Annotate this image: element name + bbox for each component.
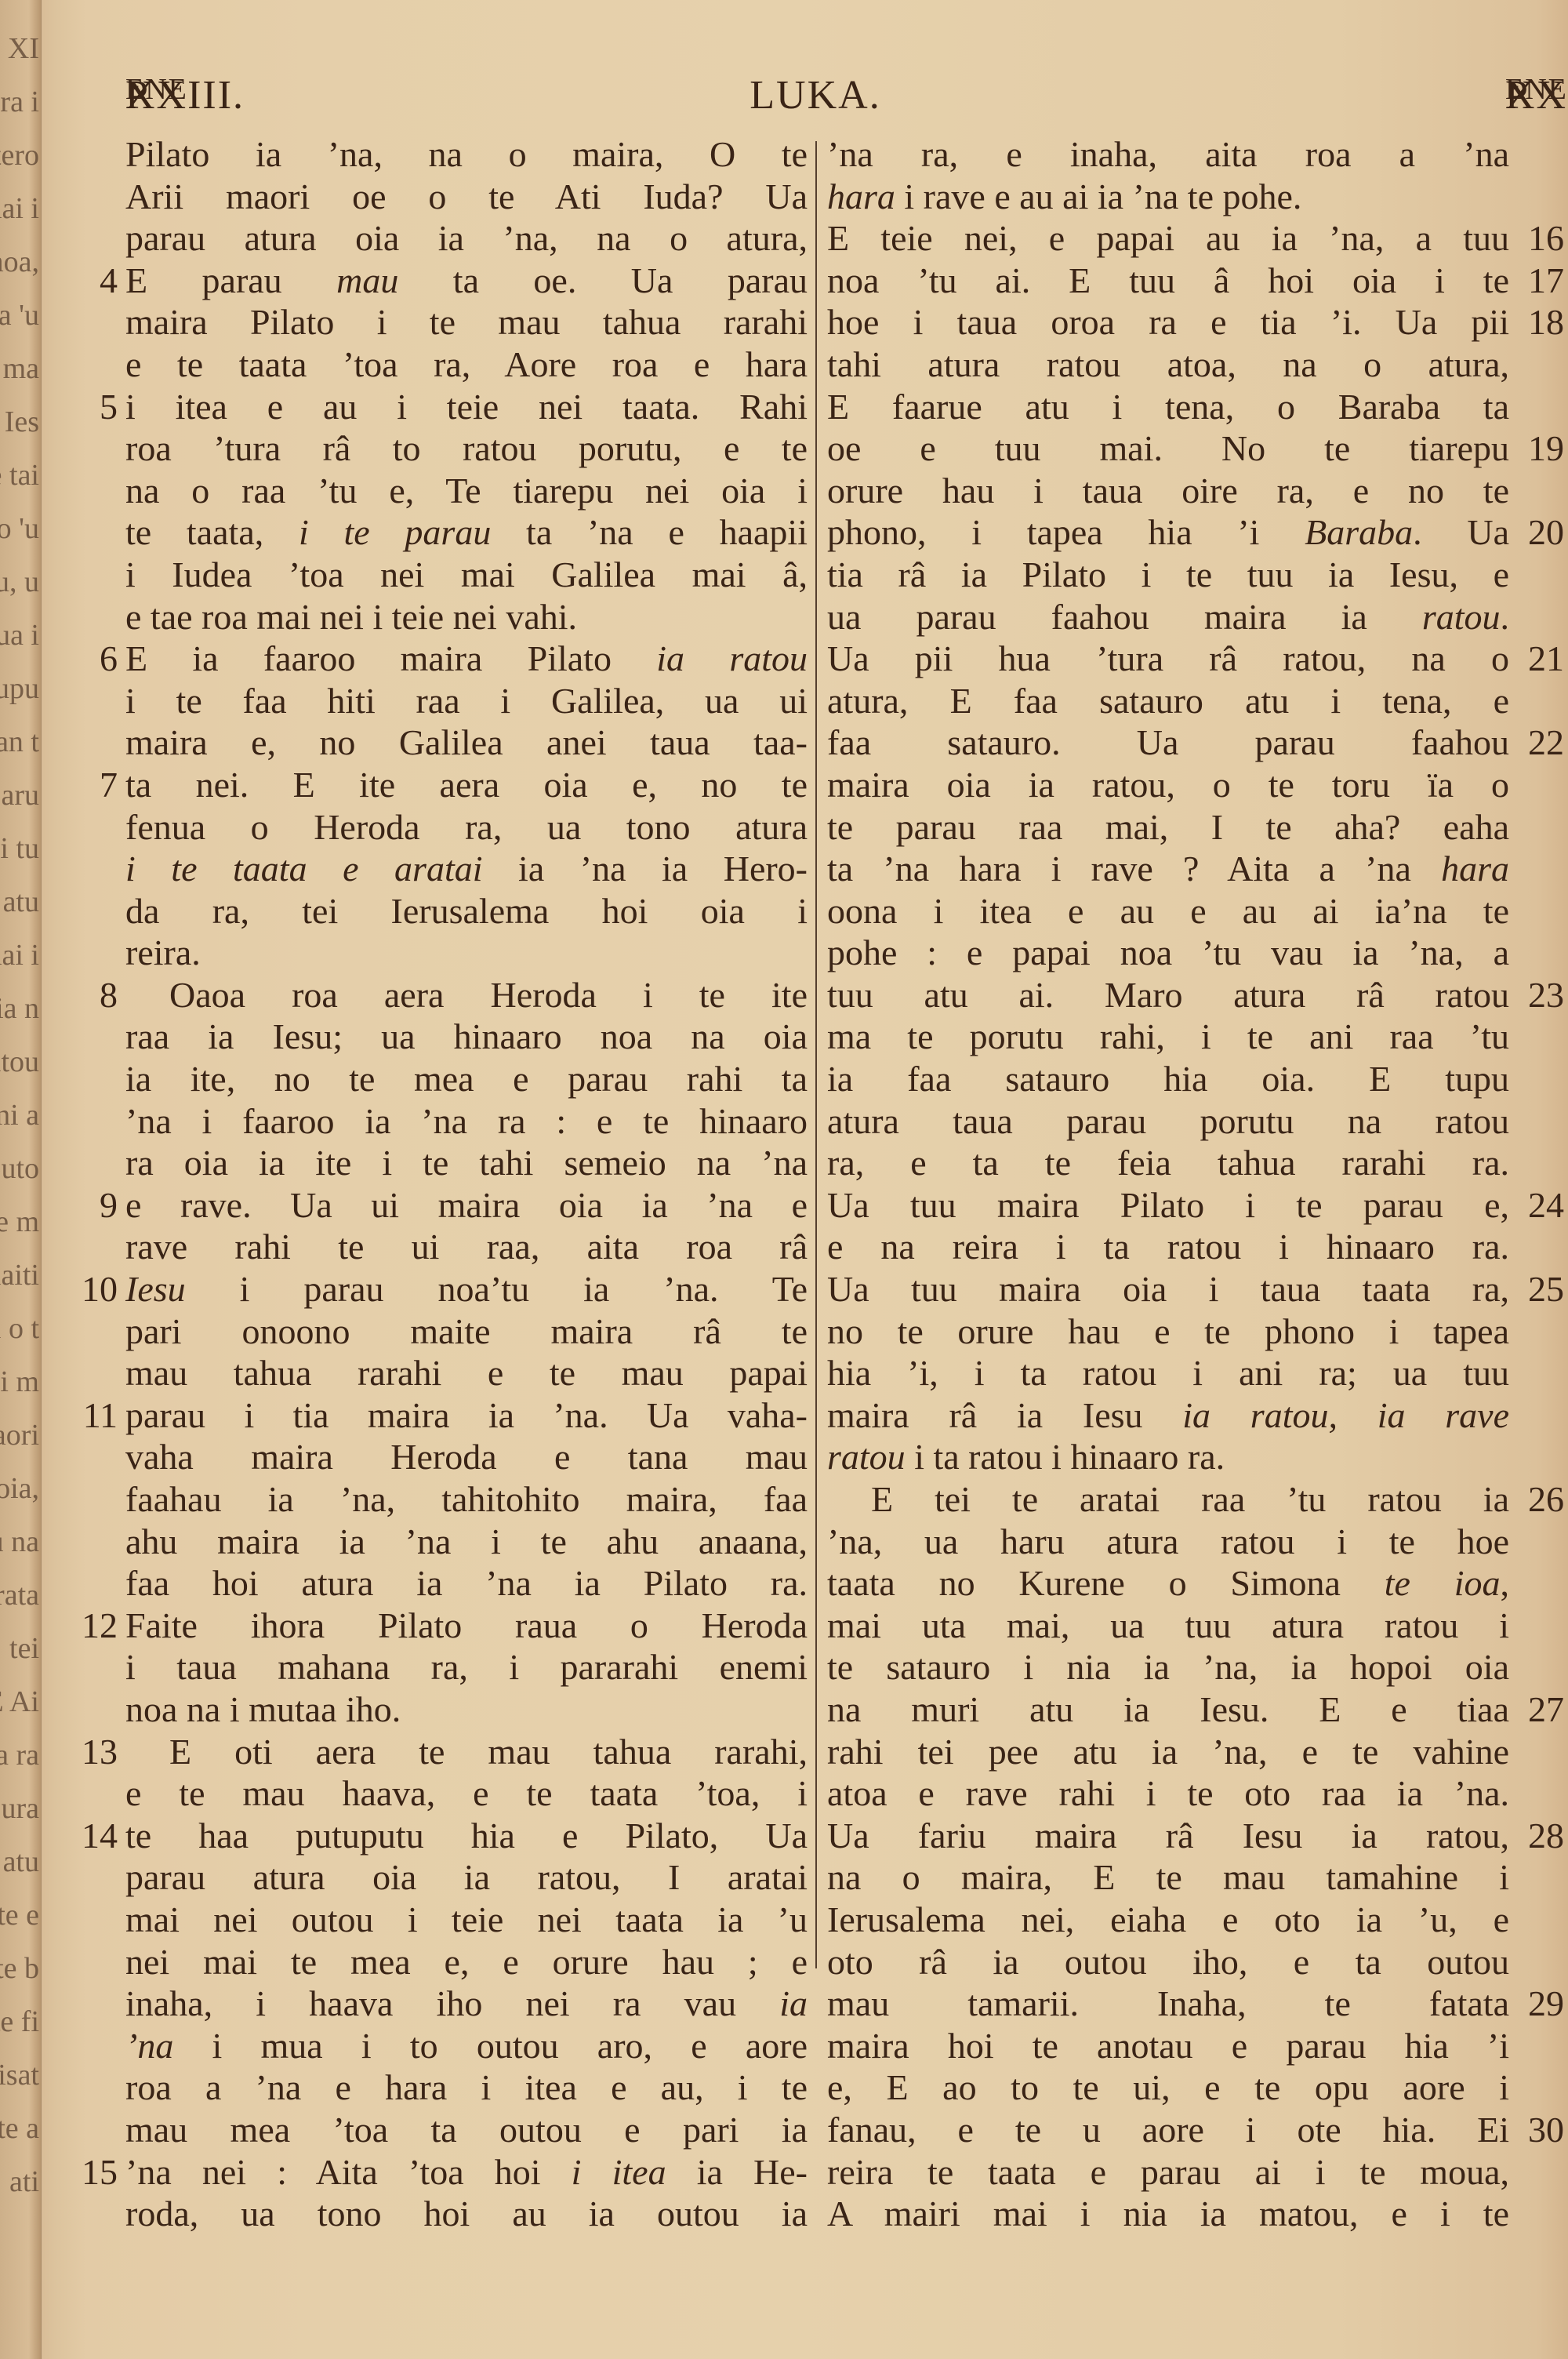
previous-page-text-fragment: tei bbox=[9, 1631, 39, 1666]
previous-page-text-fragment: u o t bbox=[0, 1311, 39, 1346]
previous-page-text-fragment: ia 'u bbox=[0, 298, 39, 333]
line-text: na muri atu ia Iesu. E e tiaa bbox=[827, 1688, 1509, 1731]
text-line: mau tahua rarahi e te mau papai bbox=[125, 1352, 808, 1394]
verse-number: 21 bbox=[1517, 638, 1564, 680]
verse-number: 24 bbox=[1517, 1184, 1564, 1227]
previous-page-text-fragment: ite e bbox=[0, 1898, 39, 1932]
text-line: ’na, ua haru atura ratou i te hoe bbox=[827, 1521, 1509, 1563]
line-text: reira te taata e parau ai i te moua, bbox=[827, 2151, 1509, 2194]
verse-number: 15 bbox=[71, 2151, 118, 2194]
previous-page-text-fragment: tupu bbox=[0, 671, 39, 706]
previous-page-text-fragment: te b bbox=[0, 1951, 39, 1986]
text-line: phono, i tapea hia ’i Baraba. Ua20 bbox=[827, 511, 1509, 554]
line-text: e, E ao to te ui, e te opu aore i bbox=[827, 2066, 1509, 2109]
text-line: mau mea ’toa ta outou e pari ia bbox=[125, 2109, 808, 2151]
line-text: raa ia Iesu; ua hinaaro noa na oia bbox=[125, 1016, 808, 1058]
text-line: tia râ ia Pilato i te tuu ia Iesu, e bbox=[827, 554, 1509, 596]
previous-page-text-fragment: i e m bbox=[0, 1205, 39, 1239]
text-line: faahau ia ’na, tahitohito maira, faa bbox=[125, 1478, 808, 1521]
line-text: Ua tuu maira Pilato i te parau e, bbox=[827, 1184, 1509, 1227]
text-line: roda, ua tono hoi au ia outou ia bbox=[125, 2193, 808, 2235]
text-line: pohe : e papai noa ’tu vau ia ’na, a bbox=[827, 932, 1509, 974]
text-line: Ierusalema nei, eiaha e oto ia ’u, e bbox=[827, 1899, 1509, 1941]
text-line: ’na i mua i to outou aro, e aore bbox=[125, 2025, 808, 2067]
text-line: tahi atura ratou atoa, na o atura, bbox=[827, 343, 1509, 386]
text-line: ’na nei : Aita ’toa hoi i itea ia He-15 bbox=[125, 2151, 808, 2194]
previous-page-text-fragment: ou, u bbox=[0, 565, 39, 599]
text-line: E tei te aratai raa ’tu ratou ia26 bbox=[827, 1478, 1509, 1521]
line-text: parau i tia maira ia ’na. Ua vaha- bbox=[125, 1394, 808, 1437]
line-text: e te mau haava, e te taata ’toa, i bbox=[125, 1772, 808, 1815]
column-divider bbox=[815, 141, 817, 1968]
text-line: maira râ ia Iesu ia ratou, ia rave bbox=[827, 1394, 1509, 1437]
text-line: pari onoono maite maira râ te bbox=[125, 1310, 808, 1353]
right-column: ’na ra, e inaha, aita roa a ’nahara i ra… bbox=[827, 133, 1509, 2235]
line-text: roda, ua tono hoi au ia outou ia bbox=[125, 2193, 808, 2235]
verse-number: 18 bbox=[1517, 301, 1564, 343]
text-line: Ua tuu maira oia i taua taata ra,25 bbox=[827, 1268, 1509, 1310]
text-line: te taata, i te parau ta ’na e haapii bbox=[125, 511, 808, 554]
line-text: ’na ra, e inaha, aita roa a ’na bbox=[827, 133, 1509, 176]
text-line: inaha, i haava iho nei ra vau ia bbox=[125, 1983, 808, 2025]
text-line: fanau, e te u aore i ote hia. Ei30 bbox=[827, 2109, 1509, 2151]
line-text: parau atura oia ia ratou, I aratai bbox=[125, 1856, 808, 1899]
previous-page-text-fragment: atu bbox=[3, 1845, 39, 1879]
previous-page-text-fragment: moa, bbox=[0, 245, 39, 279]
line-text: mai uta mai, ua tuu atura ratou i bbox=[827, 1605, 1509, 1647]
text-line: faa satauro. Ua parau faahou22 bbox=[827, 722, 1509, 764]
previous-page-text-fragment: paru bbox=[0, 778, 39, 812]
line-text: Ua fariu maira râ Iesu ia ratou, bbox=[827, 1815, 1509, 1857]
line-text: te taata, i te parau ta ’na e haapii bbox=[125, 511, 808, 554]
line-text: roa ’tura râ to ratou porutu, e te bbox=[125, 427, 808, 470]
text-line: da ra, tei Ierusalema hoi oia i bbox=[125, 890, 808, 932]
previous-page-text-fragment: I. XI bbox=[0, 31, 39, 66]
text-line: parau atura oia ia ratou, I aratai bbox=[125, 1856, 808, 1899]
text-line: nei mai te mea e, e orure hau ; e bbox=[125, 1941, 808, 1983]
verse-number: 11 bbox=[71, 1394, 118, 1437]
previous-page-text-fragment: utou bbox=[0, 1045, 39, 1079]
line-text: parau atura oia ia ’na, na o atura, bbox=[125, 217, 808, 260]
line-text: ’na i mua i to outou aro, e aore bbox=[125, 2025, 808, 2067]
previous-page-text-fragment: te fi bbox=[0, 2005, 39, 2039]
text-line: mai nei outou i teie nei taata ia ’u bbox=[125, 1899, 808, 1941]
verse-number: 14 bbox=[71, 1815, 118, 1857]
line-text: ratou i ta ratou i hinaaro ra. bbox=[827, 1436, 1509, 1478]
line-text: Ua tuu maira oia i taua taata ra, bbox=[827, 1268, 1509, 1310]
line-text: i te taata e aratai ia ’na ia Hero- bbox=[125, 848, 808, 890]
text-line: Arii maori oe o te Ati Iuda? Ua bbox=[125, 176, 808, 218]
text-line: te parau raa mai, I te aha? eaha bbox=[827, 806, 1509, 849]
verse-number: 17 bbox=[1517, 260, 1564, 302]
line-text: taata no Kurene o Simona te ioa, bbox=[827, 1562, 1509, 1605]
text-line: E oti aera te mau tahua rarahi,13 bbox=[125, 1731, 808, 1773]
line-text: E parau mau ta oe. Ua parau bbox=[125, 260, 808, 302]
line-text: fenua o Heroda ra, ua tono atura bbox=[125, 806, 808, 849]
text-line: ra oia ia ite i te tahi semeio na ’na bbox=[125, 1142, 808, 1184]
text-line: te haa putuputu hia e Pilato, Ua14 bbox=[125, 1815, 808, 1857]
text-line: hoe i taua oroa ra e tia ’i. Ua pii18 bbox=[827, 301, 1509, 343]
text-line: ta nei. E ite aera oia e, no te7 bbox=[125, 764, 808, 806]
verse-number: 27 bbox=[1517, 1688, 1564, 1731]
line-text: E ia faaroo maira Pilato ia ratou bbox=[125, 638, 808, 680]
text-line: i Iudea ’toa nei mai Galilea mai â, bbox=[125, 554, 808, 596]
previous-page-text-fragment: oia, bbox=[0, 1471, 39, 1506]
previous-page-text-fragment: u na bbox=[0, 1525, 39, 1559]
text-line: reira. bbox=[125, 932, 808, 974]
text-line: ta ’na hara i rave ? Aita a ’na hara bbox=[827, 848, 1509, 890]
verse-number: 28 bbox=[1517, 1815, 1564, 1857]
text-line: ratou i ta ratou i hinaaro ra. bbox=[827, 1436, 1509, 1478]
line-text: E tei te aratai raa ’tu ratou ia bbox=[827, 1478, 1509, 1521]
text-line: ahu maira ia ’na i te ahu anaana, bbox=[125, 1521, 808, 1563]
text-line: e, E ao to te ui, e te opu aore i bbox=[827, 2066, 1509, 2109]
text-line: e na reira i ta ratou i hinaaro ra. bbox=[827, 1226, 1509, 1268]
line-text: hara i rave e au ai ia ’na te pohe. bbox=[827, 176, 1509, 218]
line-text: ra, e ta te feia tahua rarahi ra. bbox=[827, 1142, 1509, 1184]
text-line: Oaoa roa aera Heroda i te ite8 bbox=[125, 974, 808, 1016]
line-text: e na reira i ta ratou i hinaaro ra. bbox=[827, 1226, 1509, 1268]
text-line: maira e, no Galilea anei taua taa- bbox=[125, 722, 808, 764]
line-text: te haa putuputu hia e Pilato, Ua bbox=[125, 1815, 808, 1857]
line-text: maira oia ia ratou, o te toru ïa o bbox=[827, 764, 1509, 806]
text-line: noa na i mutaa iho. bbox=[125, 1688, 808, 1731]
text-line: E parau mau ta oe. Ua parau4 bbox=[125, 260, 808, 302]
text-line: parau i tia maira ia ’na. Ua vaha-11 bbox=[125, 1394, 808, 1437]
text-line: te satauro i nia ia ’na, ia hopoi oia bbox=[827, 1646, 1509, 1688]
text-line: na o raa ’tu e, Te tiarepu nei oia i bbox=[125, 470, 808, 512]
line-text: tahi atura ratou atoa, na o atura, bbox=[827, 343, 1509, 386]
verse-number: 29 bbox=[1517, 1983, 1564, 2025]
line-text: inaha, i haava iho nei ra vau ia bbox=[125, 1983, 808, 2025]
text-line: Pilato ia ’na, na o maira, O te bbox=[125, 133, 808, 176]
previous-page-edge: I. XIaira ieteromai imoa,ia 'ue, maia Ie… bbox=[0, 0, 42, 2359]
line-text: atura taua parau porutu na ratou bbox=[827, 1100, 1509, 1143]
line-text: maira râ ia Iesu ia ratou, ia rave bbox=[827, 1394, 1509, 1437]
text-line: e te taata ’toa ra, Aore roa e hara bbox=[125, 343, 808, 386]
line-text: tuu atu ai. Maro atura râ ratou bbox=[827, 974, 1509, 1016]
line-text: orure hau i taua oire ra, e no te bbox=[827, 470, 1509, 512]
verse-number: 19 bbox=[1517, 427, 1564, 470]
text-line: ra, e ta te feia tahua rarahi ra. bbox=[827, 1142, 1509, 1184]
previous-page-text-fragment: E Ai bbox=[0, 1685, 39, 1719]
text-line: ma te porutu rahi, i te ani raa ’tu bbox=[827, 1016, 1509, 1058]
text-line: roa ’tura râ to ratou porutu, e te bbox=[125, 427, 808, 470]
verse-number: 10 bbox=[71, 1268, 118, 1310]
line-text: i taua mahana ra, i pararahi enemi bbox=[125, 1646, 808, 1688]
running-head: PENE XXIII. LUKA. PENE XXIII. bbox=[125, 72, 1505, 127]
verse-number: 8 bbox=[71, 974, 118, 1016]
verse-number: 13 bbox=[71, 1731, 118, 1773]
previous-page-text-fragment: ia ra bbox=[0, 1738, 39, 1772]
line-text: e tae roa mai nei i teie nei vahi. bbox=[125, 596, 808, 638]
line-text: roa a ’na e hara i itea e au, i te bbox=[125, 2066, 808, 2109]
text-line: hia ’i, i ta ratou i ani ra; ua tuu bbox=[827, 1352, 1509, 1394]
line-text: pohe : e papai noa ’tu vau ia ’na, a bbox=[827, 932, 1509, 974]
text-line: hara i rave e au ai ia ’na te pohe. bbox=[827, 176, 1509, 218]
verse-number: 9 bbox=[71, 1184, 118, 1227]
previous-page-text-fragment: ua i bbox=[0, 618, 39, 652]
text-line: Iesu i parau noa’tu ia ’na. Te10 bbox=[125, 1268, 808, 1310]
text-line: faa hoi atura ia ’na ia Pilato ra. bbox=[125, 1562, 808, 1605]
previous-page-text-fragment: ura bbox=[1, 1791, 39, 1826]
text-line: Faite ihora Pilato raua o Heroda12 bbox=[125, 1605, 808, 1647]
line-text: ra oia ia ite i te tahi semeio na ’na bbox=[125, 1142, 808, 1184]
line-text: atura, E faa satauro atu i tena, e bbox=[827, 680, 1509, 722]
text-line: mai uta mai, ua tuu atura ratou i bbox=[827, 1605, 1509, 1647]
text-line: atoa e rave rahi i te oto raa ia ’na. bbox=[827, 1772, 1509, 1815]
line-text: maira e, no Galilea anei taua taa- bbox=[125, 722, 808, 764]
line-text: ta nei. E ite aera oia e, no te bbox=[125, 764, 808, 806]
line-text: vaha maira Heroda e tana mau bbox=[125, 1436, 808, 1478]
text-line: mau tamarii. Inaha, te fatata29 bbox=[827, 1983, 1509, 2025]
text-line: Ua fariu maira râ Iesu ia ratou,28 bbox=[827, 1815, 1509, 1857]
text-line: oto râ ia outou iho, e ta outou bbox=[827, 1941, 1509, 1983]
line-text: Ua pii hua ’tura râ ratou, na o bbox=[827, 638, 1509, 680]
text-line: taata no Kurene o Simona te ioa, bbox=[827, 1562, 1509, 1605]
previous-page-text-fragment: e tai bbox=[0, 458, 39, 493]
line-text: rahi tei pee atu ia ’na, e te vahine bbox=[827, 1731, 1509, 1773]
previous-page-text-fragment: hi m bbox=[0, 1365, 39, 1399]
text-line: vaha maira Heroda e tana mau bbox=[125, 1436, 808, 1478]
line-text: oe e tuu mai. No te tiarepu bbox=[827, 427, 1509, 470]
previous-page-text-fragment: an t bbox=[0, 725, 39, 759]
previous-page-text-fragment: isat bbox=[0, 2058, 39, 2092]
line-text: no te orure hau e te phono i tapea bbox=[827, 1310, 1509, 1353]
line-text: e te taata ’toa ra, Aore roa e hara bbox=[125, 343, 808, 386]
text-line: e rave. Ua ui maira oia ia ’na e9 bbox=[125, 1184, 808, 1227]
line-text: mau tahua rarahi e te mau papai bbox=[125, 1352, 808, 1394]
line-text: E faarue atu i tena, o Baraba ta bbox=[827, 386, 1509, 428]
text-line: atura taua parau porutu na ratou bbox=[827, 1100, 1509, 1143]
line-text: maira Pilato i te mau tahua rarahi bbox=[125, 301, 808, 343]
line-text: Pilato ia ’na, na o maira, O te bbox=[125, 133, 808, 176]
line-text: maira hoi te anotau e parau hia ’i bbox=[827, 2025, 1509, 2067]
line-text: ia faa satauro hia oia. E tupu bbox=[827, 1058, 1509, 1100]
line-text: atoa e rave rahi i te oto raa ia ’na. bbox=[827, 1772, 1509, 1815]
line-text: da ra, tei Ierusalema hoi oia i bbox=[125, 890, 808, 932]
text-line: i itea e au i teie nei taata. Rahi5 bbox=[125, 386, 808, 428]
text-line: E faarue atu i tena, o Baraba ta bbox=[827, 386, 1509, 428]
line-text: mau mea ’toa ta outou e pari ia bbox=[125, 2109, 808, 2151]
verse-number: 25 bbox=[1517, 1268, 1564, 1310]
line-text: faahau ia ’na, tahitohito maira, faa bbox=[125, 1478, 808, 1521]
line-text: tia râ ia Pilato i te tuu ia Iesu, e bbox=[827, 554, 1509, 596]
verse-number: 7 bbox=[71, 764, 118, 806]
verse-number: 6 bbox=[71, 638, 118, 680]
text-line: raa ia Iesu; ua hinaaro noa na oia bbox=[125, 1016, 808, 1058]
previous-page-text-fragment: aori bbox=[0, 1418, 39, 1452]
line-text: Ierusalema nei, eiaha e oto ia ’u, e bbox=[827, 1899, 1509, 1941]
text-line: tuu atu ai. Maro atura râ ratou23 bbox=[827, 974, 1509, 1016]
text-line: ’na ra, e inaha, aita roa a ’na bbox=[827, 133, 1509, 176]
line-text: noa ’tu ai. E tuu â hoi oia i te bbox=[827, 260, 1509, 302]
text-line: maira Pilato i te mau tahua rarahi bbox=[125, 301, 808, 343]
text-line: i te faa hiti raa i Galilea, ua ui bbox=[125, 680, 808, 722]
line-text: hoe i taua oroa ra e tia ’i. Ua pii bbox=[827, 301, 1509, 343]
line-text: ’na, ua haru atura ratou i te hoe bbox=[827, 1521, 1509, 1563]
line-text: i te faa hiti raa i Galilea, ua ui bbox=[125, 680, 808, 722]
line-text: Arii maori oe o te Ati Iuda? Ua bbox=[125, 176, 808, 218]
line-text: mau tamarii. Inaha, te fatata bbox=[827, 1983, 1509, 2025]
text-line: atura, E faa satauro atu i tena, e bbox=[827, 680, 1509, 722]
line-text: noa na i mutaa iho. bbox=[125, 1688, 808, 1731]
line-text: E oti aera te mau tahua rarahi, bbox=[125, 1731, 808, 1773]
line-text: oto râ ia outou iho, e ta outou bbox=[827, 1941, 1509, 1983]
line-text: oona i itea e au e au ai ia’na te bbox=[827, 890, 1509, 932]
line-text: ’na nei : Aita ’toa hoi i itea ia He- bbox=[125, 2151, 808, 2194]
text-line: orure hau i taua oire ra, e no te bbox=[827, 470, 1509, 512]
previous-page-text-fragment: outo bbox=[0, 1151, 39, 1186]
text-line: i te taata e aratai ia ’na ia Hero- bbox=[125, 848, 808, 890]
text-line: ’na i faaroo ia ’na ra : e te hinaaro bbox=[125, 1100, 808, 1143]
line-text: Oaoa roa aera Heroda i te ite bbox=[125, 974, 808, 1016]
line-text: ma te porutu rahi, i te ani raa ’tu bbox=[827, 1016, 1509, 1058]
line-text: rave rahi te ui raa, aita roa râ bbox=[125, 1226, 808, 1268]
text-line: roa a ’na e hara i itea e au, i te bbox=[125, 2066, 808, 2109]
previous-page-text-fragment: maiti bbox=[0, 1258, 39, 1292]
previous-page-text-fragment: atu bbox=[3, 885, 39, 919]
text-line: ia ite, no te mea e parau rahi ta bbox=[125, 1058, 808, 1100]
line-text: Faite ihora Pilato raua o Heroda bbox=[125, 1605, 808, 1647]
line-text: hia ’i, i ta ratou i ani ra; ua tuu bbox=[827, 1352, 1509, 1394]
previous-page-text-fragment: te a bbox=[0, 2111, 39, 2146]
text-line: e tae roa mai nei i teie nei vahi. bbox=[125, 596, 808, 638]
previous-page-text-fragment: mai i bbox=[0, 191, 39, 226]
text-line: rahi tei pee atu ia ’na, e te vahine bbox=[827, 1731, 1509, 1773]
previous-page-text-fragment: ia n bbox=[0, 991, 39, 1026]
text-line: Ua tuu maira Pilato i te parau e,24 bbox=[827, 1184, 1509, 1227]
text-line: oona i itea e au e au ai ia’na te bbox=[827, 890, 1509, 932]
line-text: mai nei outou i teie nei taata ia ’u bbox=[125, 1899, 808, 1941]
text-line: E teie nei, e papai au ia ’na, a tuu16 bbox=[827, 217, 1509, 260]
verse-number: 20 bbox=[1517, 511, 1564, 554]
line-text: na o maira, E te mau tamahine i bbox=[827, 1856, 1509, 1899]
line-text: reira. bbox=[125, 932, 808, 974]
line-text: ahu maira ia ’na i te ahu anaana, bbox=[125, 1521, 808, 1563]
line-text: te satauro i nia ia ’na, ia hopoi oia bbox=[827, 1646, 1509, 1688]
line-text: nei mai te mea e, e orure hau ; e bbox=[125, 1941, 808, 1983]
text-line: A mairi mai i nia ia matou, e i te bbox=[827, 2193, 1509, 2235]
previous-page-text-fragment: rata bbox=[0, 1578, 39, 1612]
verse-number: 30 bbox=[1517, 2109, 1564, 2151]
line-text: pari onoono maite maira râ te bbox=[125, 1310, 808, 1353]
text-line: ia faa satauro hia oia. E tupu bbox=[827, 1058, 1509, 1100]
line-text: ta ’na hara i rave ? Aita a ’na hara bbox=[827, 848, 1509, 890]
text-line: parau atura oia ia ’na, na o atura, bbox=[125, 217, 808, 260]
verse-number: 22 bbox=[1517, 722, 1564, 764]
verse-number: 16 bbox=[1517, 217, 1564, 260]
text-line: rave rahi te ui raa, aita roa râ bbox=[125, 1226, 808, 1268]
line-text: i itea e au i teie nei taata. Rahi bbox=[125, 386, 808, 428]
previous-page-text-fragment: ia Ies bbox=[0, 405, 39, 439]
line-text: Iesu i parau noa’tu ia ’na. Te bbox=[125, 1268, 808, 1310]
previous-page-text-fragment: aira i bbox=[0, 85, 39, 119]
line-text: A mairi mai i nia ia matou, e i te bbox=[827, 2193, 1509, 2235]
line-text: ua parau faahou maira ia ratou. bbox=[827, 596, 1509, 638]
previous-page-text-fragment: i tu bbox=[0, 831, 39, 866]
text-line: reira te taata e parau ai i te moua, bbox=[827, 2151, 1509, 2194]
text-line: Ua pii hua ’tura râ ratou, na o21 bbox=[827, 638, 1509, 680]
verse-number: 5 bbox=[71, 386, 118, 428]
text-line: e te mau haava, e te taata ’toa, i bbox=[125, 1772, 808, 1815]
verse-number: 12 bbox=[71, 1605, 118, 1647]
line-text: faa satauro. Ua parau faahou bbox=[827, 722, 1509, 764]
line-text: faa hoi atura ia ’na ia Pilato ra. bbox=[125, 1562, 808, 1605]
text-line: ua parau faahou maira ia ratou. bbox=[827, 596, 1509, 638]
line-text: i Iudea ’toa nei mai Galilea mai â, bbox=[125, 554, 808, 596]
left-column: Pilato ia ’na, na o maira, O teArii maor… bbox=[125, 133, 808, 2235]
book-title: LUKA. bbox=[125, 72, 1505, 118]
verse-number: 23 bbox=[1517, 974, 1564, 1016]
text-line: i taua mahana ra, i pararahi enemi bbox=[125, 1646, 808, 1688]
line-text: e rave. Ua ui maira oia ia ’na e bbox=[125, 1184, 808, 1227]
line-text: E teie nei, e papai au ia ’na, a tuu bbox=[827, 217, 1509, 260]
line-text: ’na i faaroo ia ’na ra : e te hinaaro bbox=[125, 1100, 808, 1143]
line-text: te parau raa mai, I te aha? eaha bbox=[827, 806, 1509, 849]
previous-page-text-fragment: mai i bbox=[0, 938, 39, 972]
text-line: na o maira, E te mau tamahine i bbox=[827, 1856, 1509, 1899]
line-text: fanau, e te u aore i ote hia. Ei bbox=[827, 2109, 1509, 2151]
previous-page-text-fragment: ati bbox=[9, 2165, 39, 2199]
text-line: E ia faaroo maira Pilato ia ratou6 bbox=[125, 638, 808, 680]
line-text: na o raa ’tu e, Te tiarepu nei oia i bbox=[125, 470, 808, 512]
previous-page-text-fragment: e, ma bbox=[0, 351, 39, 386]
verse-number: 26 bbox=[1517, 1478, 1564, 1521]
text-line: maira hoi te anotau e parau hia ’i bbox=[827, 2025, 1509, 2067]
text-line: na muri atu ia Iesu. E e tiaa27 bbox=[827, 1688, 1509, 1731]
text-line: oe e tuu mai. No te tiarepu19 bbox=[827, 427, 1509, 470]
previous-page-text-fragment: etero bbox=[0, 138, 39, 173]
verse-number: 4 bbox=[71, 260, 118, 302]
text-line: noa ’tu ai. E tuu â hoi oia i te17 bbox=[827, 260, 1509, 302]
text-line: no te orure hau e te phono i tapea bbox=[827, 1310, 1509, 1353]
text-line: maira oia ia ratou, o te toru ïa o bbox=[827, 764, 1509, 806]
line-text: ia ite, no te mea e parau rahi ta bbox=[125, 1058, 808, 1100]
previous-page-text-fragment: ni a bbox=[0, 1098, 39, 1132]
previous-page-text-fragment: to 'u bbox=[0, 511, 39, 546]
line-text: phono, i tapea hia ’i Baraba. Ua bbox=[827, 511, 1509, 554]
text-line: fenua o Heroda ra, ua tono atura bbox=[125, 806, 808, 849]
